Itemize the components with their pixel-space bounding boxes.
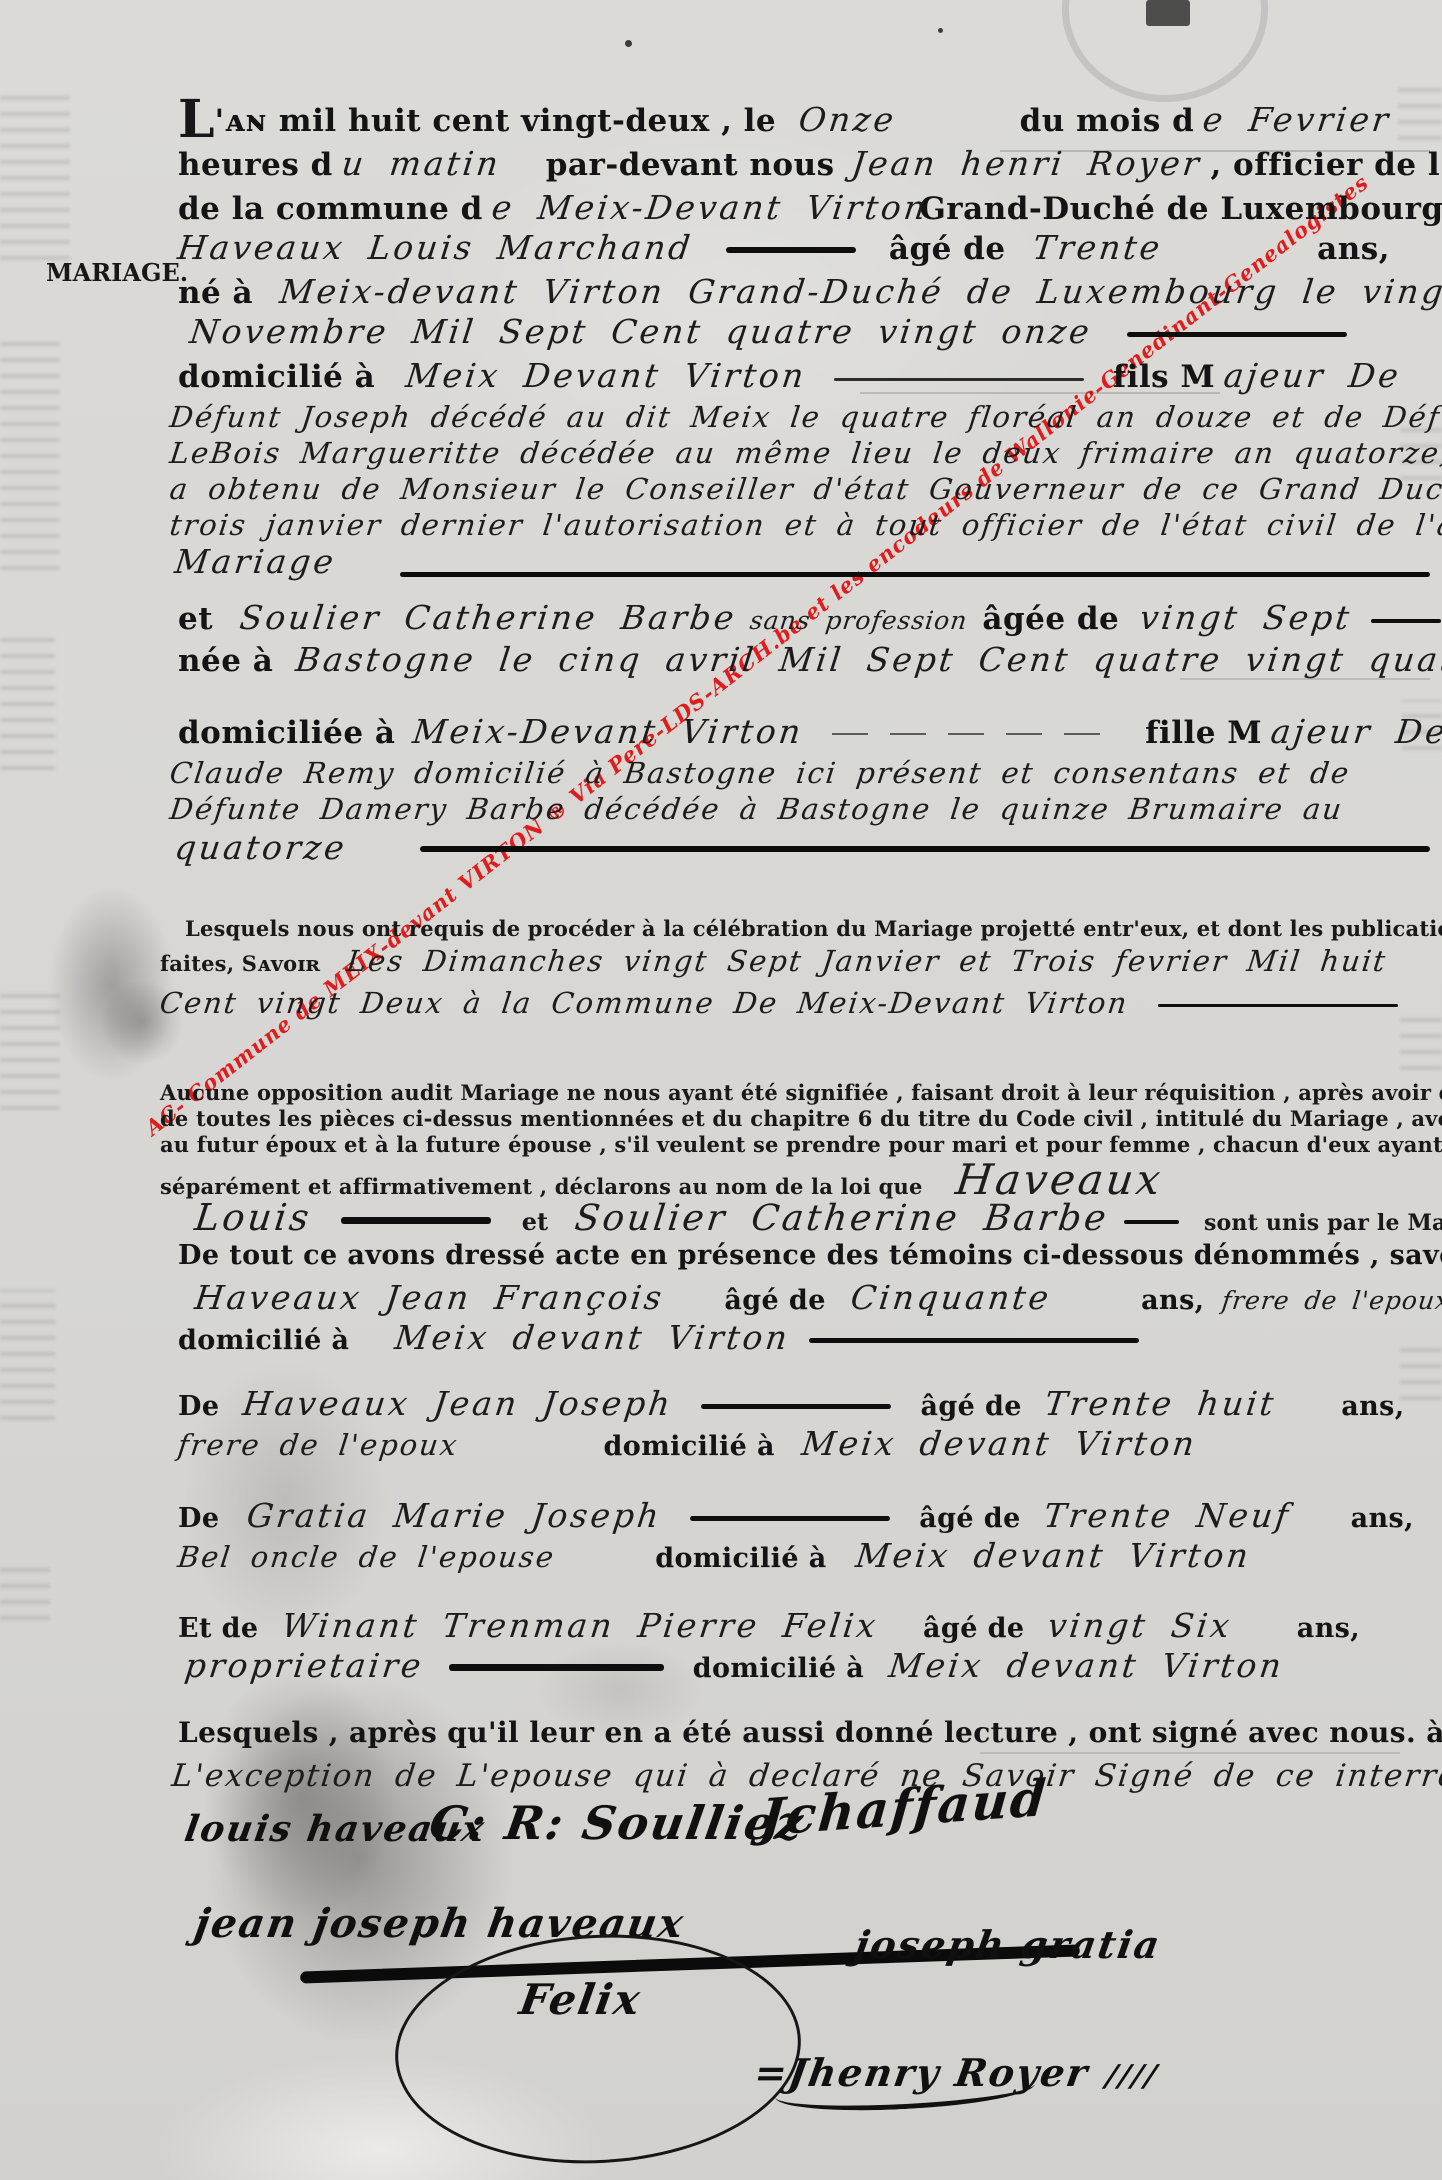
hw-bride-name: Soulier Catherine Barbe <box>238 598 739 637</box>
printed-text: 'ᴀɴ mil huit cent vingt-deux , le <box>215 103 777 139</box>
signature-text: joseph gratia <box>851 1922 1164 1967</box>
hw-bride-birth: Bastogne le cinq avril Mil Sept Cent qua… <box>294 640 1442 679</box>
bride-domicile-line: domiciliée à Meix-Devant Virton fille M … <box>178 712 1442 751</box>
opposition-line-1: Aucune opposition audit Mariage ne nous … <box>160 1080 1442 1105</box>
hw-groom-parents: LeBois Margueritte décédée au même lieu … <box>168 436 1442 470</box>
printed-de: De <box>178 1503 219 1534</box>
hw-publication-dates: Les Dimanches vingt Sept Janvier et Troi… <box>345 944 1389 978</box>
printed-unis-text: sont unis par le Mariage. <box>1204 1210 1442 1236</box>
printed-text: Grand-Duché de Luxembourg, sont comparus <box>919 191 1442 227</box>
printed-domicile-label: domicilié à <box>655 1543 826 1574</box>
hw-witness1-age: Cinquante <box>848 1278 1053 1317</box>
form-hairline <box>860 392 1220 394</box>
fill-rule <box>1158 1004 1398 1007</box>
hw-witness1-domicile: Meix devant Virton <box>392 1318 792 1357</box>
bleedthrough-left-1 <box>0 90 70 260</box>
fill-rule <box>809 1338 1139 1343</box>
hw-fils-majeur: ajeur De <box>1222 356 1404 395</box>
bleedthrough-left-2 <box>0 330 60 570</box>
hw-commune: e Meix-Devant Virton <box>489 188 930 227</box>
hw-witness2-relation: frere de l'epoux <box>176 1428 461 1462</box>
signature-text: Felix <box>516 1975 645 2024</box>
opposition-line-2: de toutes les pièces ci-dessus mentionné… <box>160 1106 1442 1131</box>
hw-time-of-day: u matin <box>339 144 503 183</box>
fill-rule <box>341 1217 491 1224</box>
groom-domicile-line: domicilié à Meix Devant Virton fils M aj… <box>178 356 1401 395</box>
dash-rule <box>832 733 1122 735</box>
printed-text: De tout ce avons dressé acte en présence… <box>178 1240 1442 1271</box>
hw-bride-domicile: Meix-Devant Virton <box>410 712 805 751</box>
printed-text: heures d <box>178 147 333 183</box>
bride-name-line: et Soulier Catherine Barbe sans professi… <box>178 598 1442 637</box>
scanned-marriage-record: AC- Commune de MEIX-devant VIRTON ® Via … <box>0 0 1442 2180</box>
printed-agee-label: âgée de <box>982 601 1119 637</box>
temoins-intro: De tout ce avons dressé acte en présence… <box>178 1240 1442 1271</box>
section-rule <box>400 572 1430 577</box>
hw-publication-place: Cent vingt Deux à la Commune De Meix-Dev… <box>158 986 1131 1020</box>
printed-text: Lesquels , après qu'il leur en a été aus… <box>178 1716 1442 1749</box>
printed-age-label: âgé de <box>919 1503 1020 1534</box>
ink-blob <box>1146 0 1190 26</box>
hw-witness2-name: Haveaux Jean Joseph <box>240 1384 675 1423</box>
printed-text: Lesquels nous ont requis de procéder à l… <box>185 916 1442 941</box>
printed-domicile-label: domicilié à <box>178 359 375 395</box>
publications-printed-1: Lesquels nous ont requis de procéder à l… <box>185 916 1442 941</box>
form-hairline <box>1000 150 1430 152</box>
printed-ans: ans, <box>1141 1285 1204 1316</box>
printed-ans: ans, <box>1317 231 1390 267</box>
hw-witness2-age: Trente huit <box>1043 1384 1279 1423</box>
union-line: Louis et Soulier Catherine Barbe sont un… <box>195 1196 1442 1239</box>
hw-witness1-name: Haveaux Jean François <box>193 1278 667 1317</box>
hw-witness1-relation: frere de l'epoux <box>1220 1286 1442 1315</box>
hw-witness4-name: Winant Trenman Pierre Felix <box>279 1606 880 1645</box>
margin-label-mariage: MARIAGE. <box>46 258 188 287</box>
fill-rule <box>726 247 856 253</box>
publications-line-2: faites, Sᴀᴠᴏɪʀ Les Dimanches vingt Sept … <box>160 944 1387 978</box>
hw-groom-parents: a obtenu de Monsieur le Conseiller d'éta… <box>168 472 1442 506</box>
hw-bride-profession: sans profession <box>748 606 969 635</box>
hw-witness4-age: vingt Six <box>1045 1606 1234 1645</box>
hw-groom-age: Trente <box>1030 228 1164 267</box>
hw-groom-birthdate: Novembre Mil Sept Cent quatre vingt onze <box>188 312 1095 351</box>
fill-rule <box>449 1664 664 1671</box>
printed-born-label: née à <box>178 643 273 679</box>
printed-fille-label: fille M <box>1145 715 1262 751</box>
hw-witness4-profession: proprietaire <box>183 1646 426 1685</box>
witness1-line-1: Haveaux Jean François âgé de Cinquante a… <box>195 1278 1442 1317</box>
ink-speck <box>625 40 632 47</box>
bleedthrough-left-3 <box>0 630 55 770</box>
opposition-line-3: au futur époux et à la future épouse , s… <box>160 1132 1442 1157</box>
signature-felix: Felix <box>520 1975 641 2024</box>
witness2-line-1: De Haveaux Jean Joseph âgé de Trente hui… <box>178 1384 1405 1423</box>
hw-witness3-domicile: Meix devant Virton <box>853 1536 1253 1575</box>
closing-printed: Lesquels , après qu'il leur en a été aus… <box>178 1716 1442 1749</box>
signature-text: C: R: Soulliez <box>426 1796 809 1850</box>
hw-groom-firstname: Louis <box>192 1196 314 1239</box>
groom-name-line: Haveaux Louis Marchand âgé de Trente ans… <box>178 228 1390 267</box>
printed-et-de: Et de <box>178 1613 259 1644</box>
printed-domicile-label: domicilié à <box>693 1653 864 1684</box>
bleedthrough-right-4 <box>1400 1010 1442 1070</box>
printed-domicile-label: domiciliée à <box>178 715 395 751</box>
hw-groom-parents: trois janvier dernier l'autorisation et … <box>168 508 1442 542</box>
printed-text: par-devant nous <box>546 147 835 183</box>
bleedthrough-right-5 <box>1400 1340 1442 1400</box>
hw-witness3-relation: Bel oncle de l'epouse <box>176 1540 557 1574</box>
witness3-line-2: Bel oncle de l'epouse domicilié à Meix d… <box>178 1536 1251 1575</box>
fill-rule <box>701 1404 891 1409</box>
hw-mariage-word: Mariage <box>173 542 339 581</box>
printed-domicile-label: domicilié à <box>604 1431 775 1462</box>
printed-text: du mois d <box>1020 103 1195 139</box>
printed-age-label: âgé de <box>724 1285 825 1316</box>
section-rule <box>420 846 1430 852</box>
signature-gratia: joseph gratia <box>855 1922 1161 1967</box>
groom-birth-line-1: né à Meix-devant Virton Grand-Duché de L… <box>178 272 1442 311</box>
groom-parents-line-2: LeBois Margueritte décédée au même lieu … <box>170 436 1442 470</box>
printed-savoir: faites, Sᴀᴠᴏɪʀ <box>160 951 320 976</box>
printed-age-label: âgé de <box>920 1391 1021 1422</box>
printed-text: Aucune opposition audit Mariage ne nous … <box>160 1080 1442 1105</box>
bride-parents-line-2: Défunte Damery Barbe décédée à Bastogne … <box>170 792 1343 826</box>
opening-line-1: L'ᴀɴ mil huit cent vingt-deux , le Onze … <box>178 100 1442 139</box>
signature-hatch-flourish: ∕∕∕∕ <box>1103 2059 1160 2094</box>
hw-witness3-age: Trente Neuf <box>1041 1496 1293 1535</box>
printed-et: et <box>522 1207 548 1236</box>
signature-father: C: R: Soulliez <box>430 1796 804 1850</box>
witness4-line-1: Et de Winant Trenman Pierre Felix âgé de… <box>178 1606 1360 1645</box>
form-hairline <box>980 1752 1400 1754</box>
printed-et: et <box>178 601 213 637</box>
printed-fils-label: fils M <box>1113 359 1215 395</box>
margin-label-text: MARIAGE. <box>46 258 188 287</box>
hw-day: Onze <box>797 100 899 139</box>
printed-text: de toutes les pièces ci-dessus mentionné… <box>160 1106 1442 1131</box>
witness3-line-1: De Gratia Marie Joseph âgé de Trente Neu… <box>178 1496 1414 1535</box>
witness1-line-2: domicilié à Meix devant Virton <box>178 1318 1139 1357</box>
printed-age-label: âgé de <box>889 231 1006 267</box>
hw-groom-birthplace: Meix-devant Virton Grand-Duché de Luxemb… <box>278 272 1442 311</box>
bride-parents-line-1: Claude Remy domicilié à Bastogne ici pré… <box>170 756 1350 790</box>
witness4-line-2: proprietaire domicilié à Meix devant Vir… <box>185 1646 1284 1685</box>
hw-groom-name: Haveaux Louis Marchand <box>176 228 695 267</box>
printed-born-label: né à <box>178 275 253 311</box>
groom-parents-line-1: Défunt Joseph décédé au dit Meix le quat… <box>170 400 1442 434</box>
printed-ans: ans, <box>1341 1391 1404 1422</box>
hw-month: e Fevrier <box>1201 100 1394 139</box>
printed-ans: ans, <box>1297 1613 1360 1644</box>
bleedthrough-left-5 <box>0 1290 55 1420</box>
groom-parents-line-4: trois janvier dernier l'autorisation et … <box>170 508 1442 542</box>
fill-rule <box>1127 332 1347 337</box>
dropcap-L: L <box>178 89 215 150</box>
printed-text: au futur époux et à la future épouse , s… <box>160 1132 1442 1157</box>
hw-bride-parents: Claude Remy domicilié à Bastogne ici pré… <box>168 756 1352 790</box>
printed-age-label: âgé de <box>923 1613 1024 1644</box>
groom-parents-line-3: a obtenu de Monsieur le Conseiller d'éta… <box>170 472 1442 506</box>
bride-parents-line-3: quatorze <box>175 828 347 867</box>
hw-witness3-name: Gratia Marie Joseph <box>244 1496 663 1535</box>
fill-rule <box>690 1516 890 1521</box>
hw-quatorze: quatorze <box>173 828 350 867</box>
groom-birth-line-2: Novembre Mil Sept Cent quatre vingt onze <box>190 312 1347 351</box>
printed-domicile-label: domicilié à <box>178 1325 349 1356</box>
hw-bride-fullname: Soulier Catherine Barbe <box>573 1198 1112 1239</box>
fill-rule <box>834 378 1084 381</box>
printed-text: de la commune d <box>178 191 483 227</box>
fill-rule <box>1371 619 1441 623</box>
witness2-line-2: frere de l'epoux domicilié à Meix devant… <box>178 1424 1197 1463</box>
hw-groom-parents: Défunt Joseph décédé au dit Meix le quat… <box>168 400 1442 434</box>
publications-line-3: Cent vingt Deux à la Commune De Meix-Dev… <box>160 986 1398 1020</box>
bleedthrough-left-4 <box>0 990 60 1110</box>
ink-speck <box>938 28 943 33</box>
bride-birth-line: née à Bastogne le cinq avril Mil Sept Ce… <box>178 640 1442 679</box>
printed-text: , officier de l'état civil <box>1210 147 1442 183</box>
groom-parents-line-5: Mariage <box>175 542 336 581</box>
opening-line-3: de la commune d e Meix-Devant Virton Gra… <box>178 188 1442 227</box>
hw-groom-domicile: Meix Devant Virton <box>404 356 809 395</box>
printed-ans: ans, <box>1351 1503 1414 1534</box>
hw-bride-parents: Défunte Damery Barbe décédée à Bastogne … <box>168 792 1345 826</box>
form-hairline <box>1180 678 1430 680</box>
hw-witness4-domicile: Meix devant Virton <box>887 1646 1287 1685</box>
hw-bride-age: vingt Sept <box>1138 598 1355 637</box>
printed-de: De <box>178 1391 219 1422</box>
hw-witness2-domicile: Meix devant Virton <box>800 1424 1200 1463</box>
bleedthrough-left-6 <box>0 1560 50 1620</box>
hw-fille-majeur: ajeur De <box>1269 712 1442 751</box>
fill-rule <box>1124 1220 1179 1224</box>
